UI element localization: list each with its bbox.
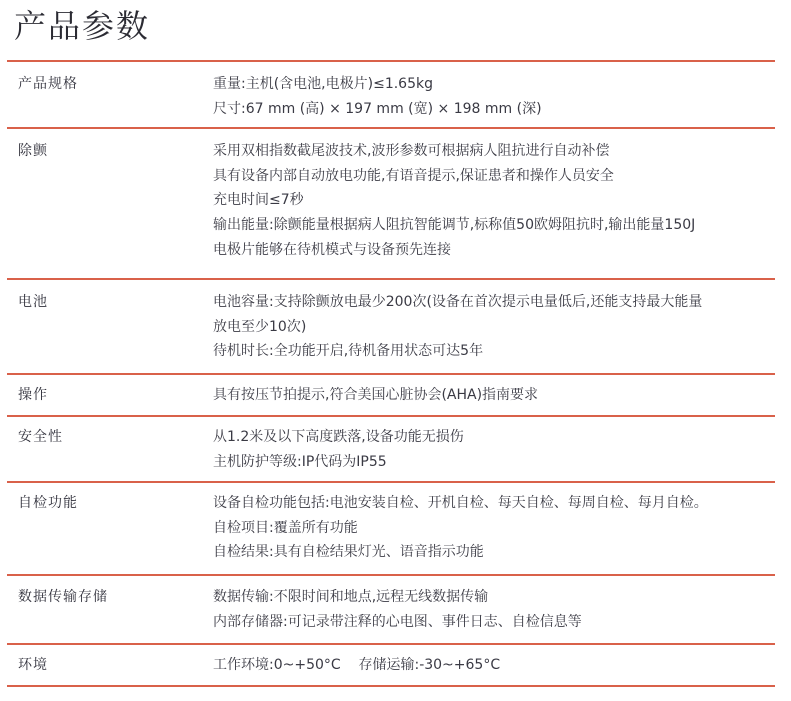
spec-line: 电池容量:支持除颤放电最少200次(设备在首次提示电量低后,还能支持最大能量 bbox=[213, 290, 775, 315]
spec-values: 设备自检功能包括:电池安装自检、开机自检、每天自检、每周自检、每月自检。 自检项… bbox=[207, 491, 775, 574]
spec-line: 尺寸:67 mm (高) × 197 mm (宽) × 198 mm (深) bbox=[213, 97, 775, 122]
spec-line: 放电至少10次) bbox=[213, 315, 775, 340]
spec-line: 具有按压节拍提示,符合美国心脏协会(AHA)指南要求 bbox=[213, 383, 775, 408]
spec-row-safety: 安全性 从1.2米及以下高度跌落,设备功能无损伤 主机防护等级:IP代码为IP5… bbox=[7, 417, 775, 481]
spec-values: 采用双相指数截尾波技术,波形参数可根据病人阻抗进行自动补偿 具有设备内部自动放电… bbox=[207, 139, 775, 278]
spec-label: 安全性 bbox=[7, 425, 207, 481]
spec-row-product-spec: 产品规格 重量:主机(含电池,电极片)≤1.65kg 尺寸:67 mm (高) … bbox=[7, 62, 775, 127]
spec-line: 内部存储器:可记录带注释的心电图、事件日志、自检信息等 bbox=[213, 610, 775, 635]
spec-row-operation: 操作 具有按压节拍提示,符合美国心脏协会(AHA)指南要求 bbox=[7, 375, 775, 415]
spec-line: 从1.2米及以下高度跌落,设备功能无损伤 bbox=[213, 425, 775, 450]
spec-line: 工作环境:0~+50°C 存储运输:-30~+65°C bbox=[213, 653, 775, 678]
spec-label: 数据传输存储 bbox=[7, 585, 207, 643]
spec-label: 环境 bbox=[7, 653, 207, 685]
spec-table: 产品规格 重量:主机(含电池,电极片)≤1.65kg 尺寸:67 mm (高) … bbox=[7, 60, 775, 687]
spec-line: 重量:主机(含电池,电极片)≤1.65kg bbox=[213, 72, 775, 97]
spec-label: 除颤 bbox=[7, 139, 207, 278]
spec-line: 充电时间≤7秒 bbox=[213, 188, 775, 213]
spec-line: 自检项目:覆盖所有功能 bbox=[213, 516, 775, 541]
spec-line: 自检结果:具有自检结果灯光、语音指示功能 bbox=[213, 540, 775, 565]
spec-values: 重量:主机(含电池,电极片)≤1.65kg 尺寸:67 mm (高) × 197… bbox=[207, 72, 775, 127]
spec-line: 电极片能够在待机模式与设备预先连接 bbox=[213, 238, 775, 263]
spec-values: 从1.2米及以下高度跌落,设备功能无损伤 主机防护等级:IP代码为IP55 bbox=[207, 425, 775, 481]
spec-line: 输出能量:除颤能量根据病人阻抗智能调节,标称值50欧姆阻抗时,输出能量150J bbox=[213, 213, 775, 238]
spec-line: 待机时长:全功能开启,待机备用状态可达5年 bbox=[213, 339, 775, 364]
spec-values: 电池容量:支持除颤放电最少200次(设备在首次提示电量低后,还能支持最大能量 放… bbox=[207, 290, 775, 373]
spec-label: 电池 bbox=[7, 290, 207, 373]
spec-row-self-test: 自检功能 设备自检功能包括:电池安装自检、开机自检、每天自检、每周自检、每月自检… bbox=[7, 483, 775, 574]
spec-label: 产品规格 bbox=[7, 72, 207, 127]
spec-values: 工作环境:0~+50°C 存储运输:-30~+65°C bbox=[207, 653, 775, 685]
spec-label: 操作 bbox=[7, 383, 207, 415]
spec-line: 设备自检功能包括:电池安装自检、开机自检、每天自检、每周自检、每月自检。 bbox=[213, 491, 775, 516]
spec-row-defibrillation: 除颤 采用双相指数截尾波技术,波形参数可根据病人阻抗进行自动补偿 具有设备内部自… bbox=[7, 129, 775, 278]
spec-line: 采用双相指数截尾波技术,波形参数可根据病人阻抗进行自动补偿 bbox=[213, 139, 775, 164]
divider bbox=[7, 685, 775, 687]
spec-row-battery: 电池 电池容量:支持除颤放电最少200次(设备在首次提示电量低后,还能支持最大能… bbox=[7, 280, 775, 373]
page-title: 产品参数 bbox=[14, 4, 150, 48]
spec-line: 数据传输:不限时间和地点,远程无线数据传输 bbox=[213, 585, 775, 610]
spec-line: 主机防护等级:IP代码为IP55 bbox=[213, 450, 775, 475]
spec-row-environment: 环境 工作环境:0~+50°C 存储运输:-30~+65°C bbox=[7, 645, 775, 685]
spec-values: 数据传输:不限时间和地点,远程无线数据传输 内部存储器:可记录带注释的心电图、事… bbox=[207, 585, 775, 643]
spec-label: 自检功能 bbox=[7, 491, 207, 574]
spec-values: 具有按压节拍提示,符合美国心脏协会(AHA)指南要求 bbox=[207, 383, 775, 415]
spec-line: 具有设备内部自动放电功能,有语音提示,保证患者和操作人员安全 bbox=[213, 164, 775, 189]
spec-row-data-storage: 数据传输存储 数据传输:不限时间和地点,远程无线数据传输 内部存储器:可记录带注… bbox=[7, 576, 775, 643]
